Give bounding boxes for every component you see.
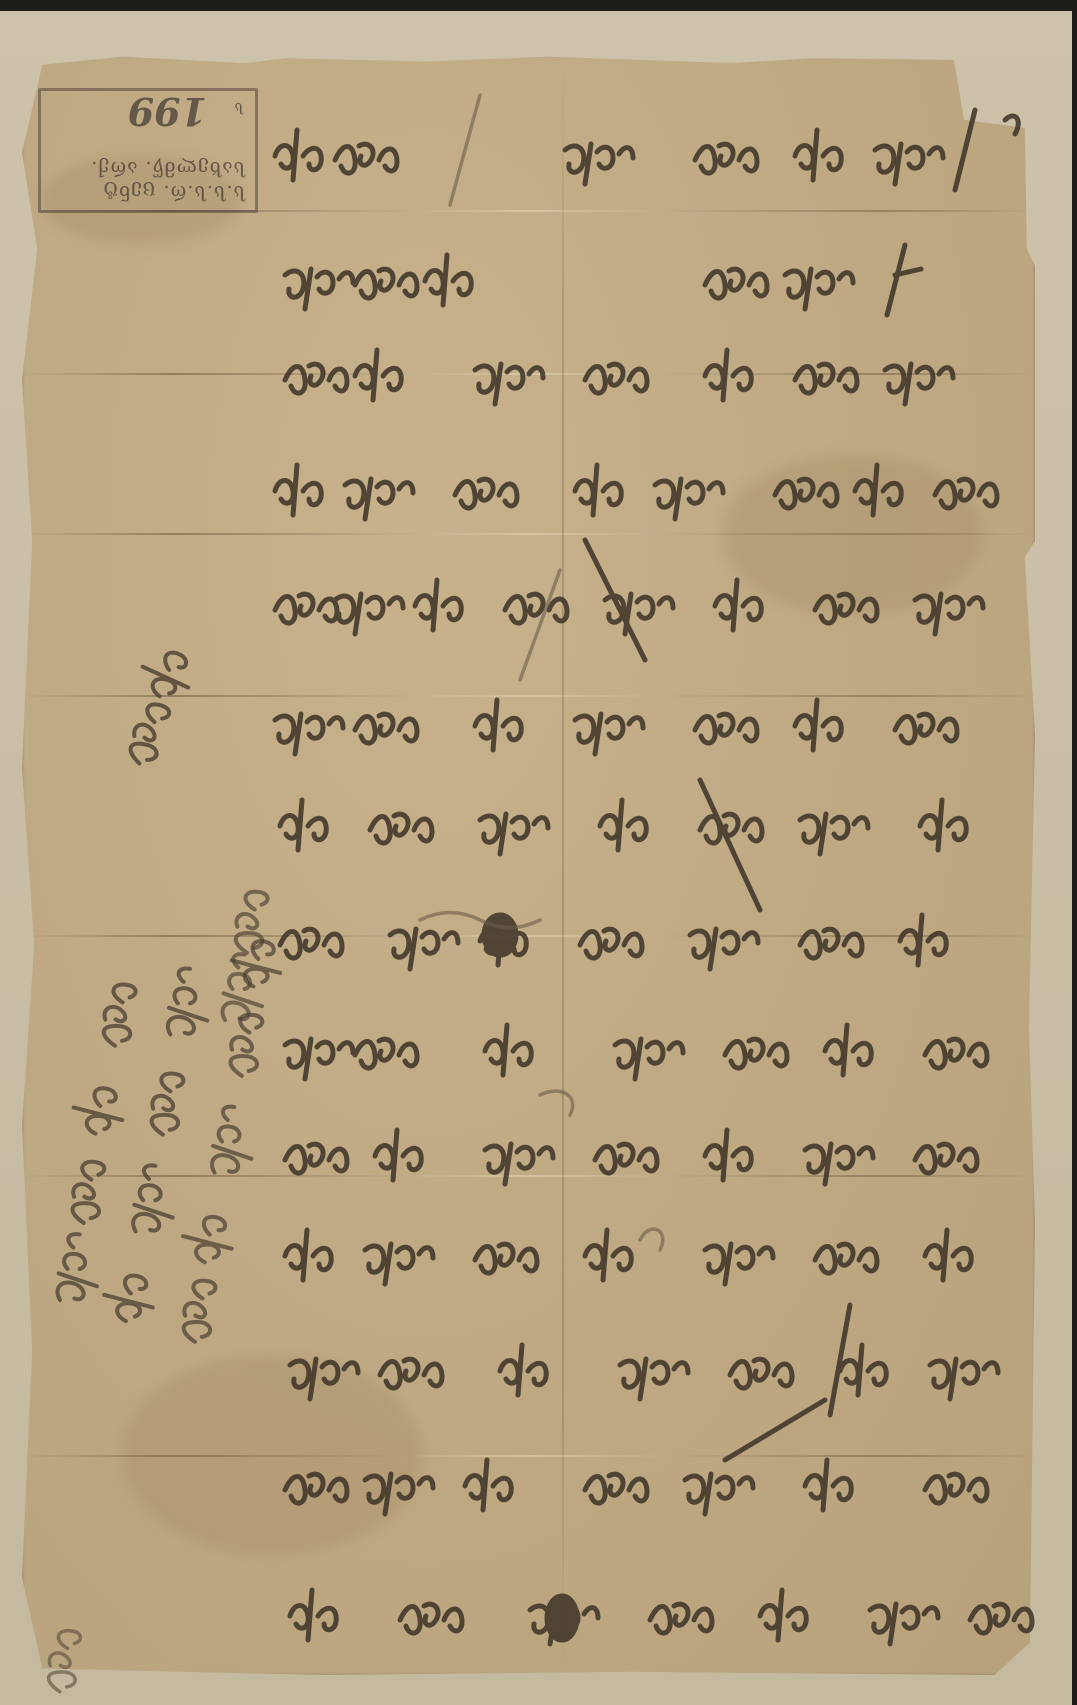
stamp-line-1: ს.ს.ს.რ. ცენტ bbox=[51, 180, 245, 204]
scan-frame-right bbox=[1072, 0, 1077, 1705]
fold-line bbox=[22, 935, 1035, 937]
paper-stain bbox=[122, 1355, 422, 1555]
fold-line bbox=[22, 695, 1035, 697]
fold-line bbox=[22, 373, 1035, 375]
stamp-prefix: ს bbox=[235, 99, 244, 115]
paper-stain bbox=[722, 455, 982, 615]
manuscript-page bbox=[22, 55, 1035, 1675]
stamp-number: 199 bbox=[128, 89, 207, 134]
stamp-line-2: სახელმწ. არქ. bbox=[51, 156, 245, 180]
vertical-fold-line bbox=[562, 55, 564, 1675]
archive-stamp: ს.ს.ს.რ. ცენტ სახელმწ. არქ. ს 199 bbox=[38, 88, 258, 213]
scan-frame-top bbox=[0, 0, 1077, 11]
fold-line bbox=[22, 1175, 1035, 1177]
